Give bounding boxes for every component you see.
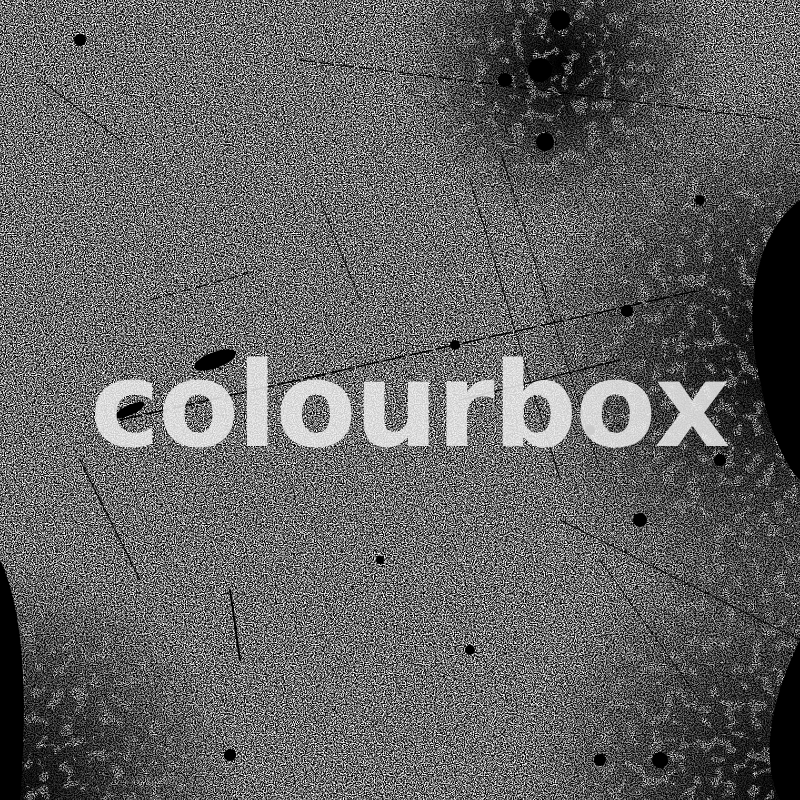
grunge-texture-canvas: colourbox [0, 0, 800, 800]
grunge-texture [0, 0, 800, 800]
